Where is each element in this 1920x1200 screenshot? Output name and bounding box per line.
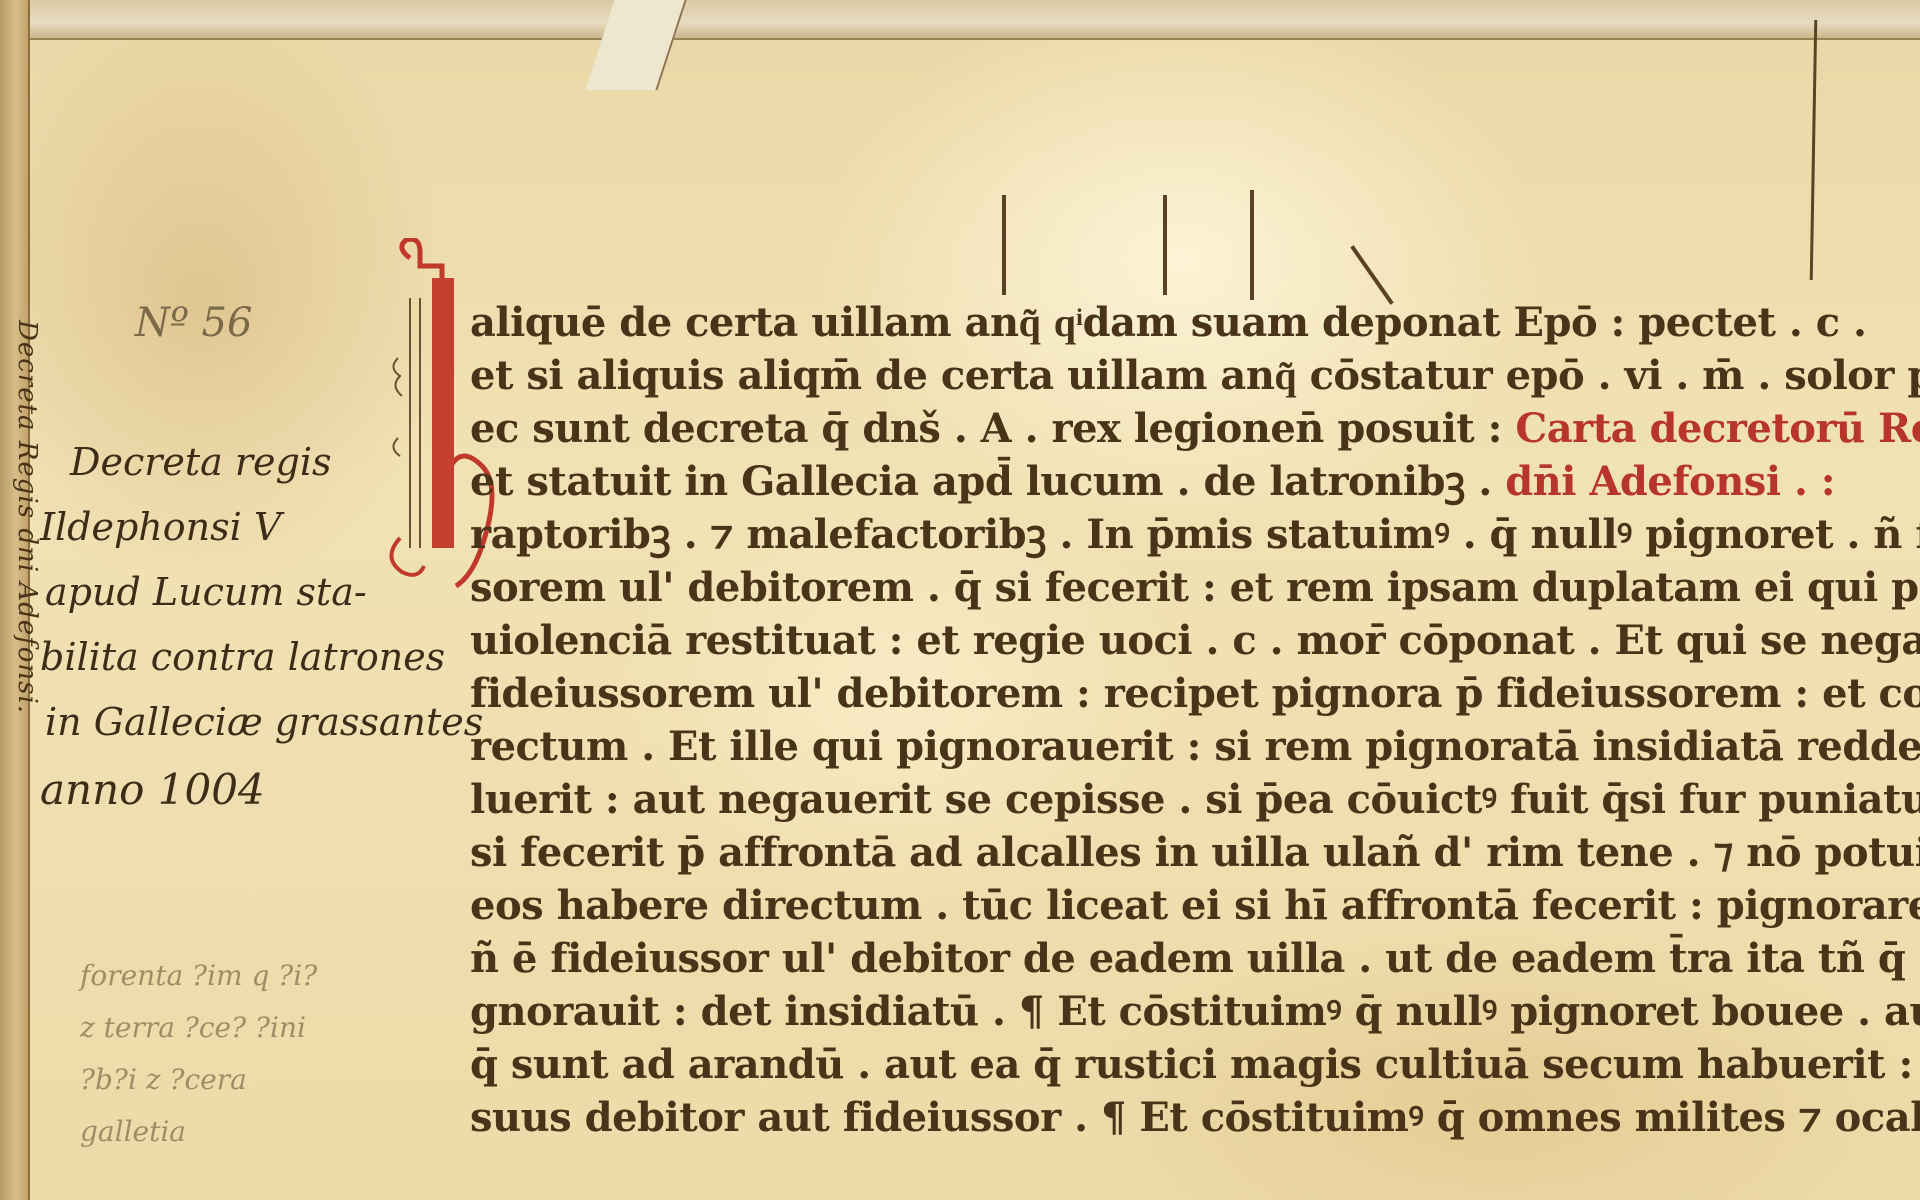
faded-note-line: forenta ?im q ?i? bbox=[80, 950, 317, 1002]
text-line: si fecerit p̄ affrontā ad alcalles in ui… bbox=[470, 826, 1920, 879]
line-text: uiolenciā restituat : et regie uoci . c … bbox=[470, 617, 1920, 664]
line-text: sorem ul' debitorem . q̄ si fecerit : et… bbox=[470, 564, 1920, 611]
line-text: rectum . Et ille qui pignorauerit : si r… bbox=[470, 723, 1920, 770]
text-line: eos habere directum . tūc liceat ei si h… bbox=[470, 879, 1920, 932]
margin-note-line: apud Lucum sta- bbox=[45, 570, 367, 614]
line-text: raptoribꝫ . ⁊ malefactoribꝫ . In p̄mis s… bbox=[470, 511, 1920, 558]
text-line: et statuit in Gallecia apd̄ lucum . de l… bbox=[470, 455, 1920, 508]
text-line: ñ ē fideiussor ul' debitor de eadem uill… bbox=[470, 932, 1920, 985]
faded-note-line: z terra ?ce? ?ini bbox=[80, 1002, 317, 1054]
text-line: gnorauit : det insidiatū . ¶ Et cōstitui… bbox=[470, 985, 1920, 1038]
manuscript-text: aliquē de certa uillam anq͂ qͥdam suam d… bbox=[470, 296, 1920, 1144]
line-text: eos habere directum . tūc liceat ei si h… bbox=[470, 882, 1920, 929]
text-line: rectum . Et ille qui pignorauerit : si r… bbox=[470, 720, 1920, 773]
text-line: fideiussorem ul' debitorem : recipet pig… bbox=[470, 667, 1920, 720]
text-line: et si aliquis aliqm̄ de certa uillam anq… bbox=[470, 349, 1920, 402]
text-line: ec sunt decreta q̄ dnš . A . rex legione… bbox=[470, 402, 1920, 455]
top-fold-edge bbox=[0, 0, 1920, 40]
faded-note-line: ?b?i z ?cera bbox=[80, 1054, 317, 1106]
text-line: sorem ul' debitorem . q̄ si fecerit : et… bbox=[470, 561, 1920, 614]
ascender-stroke bbox=[1002, 195, 1006, 295]
margin-note-line: Ildephonsi V bbox=[40, 505, 281, 549]
spine-note: Decreta Regis dni Adefonsi. bbox=[12, 320, 42, 714]
line-text: et si aliquis aliqm̄ de certa uillam anq… bbox=[470, 352, 1920, 399]
rubric-title: dn̄i Adefonsi . : bbox=[1505, 458, 1835, 505]
text-line: aliquē de certa uillam anq͂ qͥdam suam d… bbox=[470, 296, 1920, 349]
line-text: suus debitor aut fideiussor . ¶ Et cōsti… bbox=[470, 1094, 1920, 1141]
text-line: uiolenciā restituat : et regie uoci . c … bbox=[470, 614, 1920, 667]
faded-margin-note: forenta ?im q ?i? z terra ?ce? ?ini ?b?i… bbox=[80, 950, 317, 1158]
line-text: luerit : aut negauerit se cepisse . si p… bbox=[470, 776, 1920, 823]
margin-note-line: bilita contra latrones bbox=[40, 635, 445, 679]
line-text: et statuit in Gallecia apd̄ lucum . de l… bbox=[470, 458, 1492, 505]
text-line: suus debitor aut fideiussor . ¶ Et cōsti… bbox=[470, 1091, 1920, 1144]
text-line: raptoribꝫ . ⁊ malefactoribꝫ . In p̄mis s… bbox=[470, 508, 1920, 561]
line-text: gnorauit : det insidiatū . ¶ Et cōstitui… bbox=[470, 988, 1920, 1035]
text-line: luerit : aut negauerit se cepisse . si p… bbox=[470, 773, 1920, 826]
margin-note-line: Decreta regis bbox=[70, 440, 332, 484]
rubric-title: Carta decretorū Re bbox=[1515, 405, 1920, 452]
margin-note-line: anno 1004 bbox=[40, 765, 265, 814]
margin-number: Nº 56 bbox=[135, 300, 252, 346]
line-text: aliquē de certa uillam anq͂ qͥdam suam d… bbox=[470, 299, 1866, 346]
ascender-stroke bbox=[1250, 190, 1254, 300]
line-text: q̄ sunt ad arandū . aut ea q̄ rustici ma… bbox=[470, 1041, 1920, 1088]
ascender-stroke bbox=[1163, 195, 1167, 295]
line-text: fideiussorem ul' debitorem : recipet pig… bbox=[470, 670, 1920, 717]
line-text: ñ ē fideiussor ul' debitor de eadem uill… bbox=[470, 935, 1920, 982]
line-text: si fecerit p̄ affrontā ad alcalles in ui… bbox=[470, 829, 1920, 876]
faded-note-line: galletia bbox=[80, 1106, 317, 1158]
text-line: q̄ sunt ad arandū . aut ea q̄ rustici ma… bbox=[470, 1038, 1920, 1091]
line-text: ec sunt decreta q̄ dnš . A . rex legione… bbox=[470, 405, 1502, 452]
margin-note-line: in Galleciæ grassantes bbox=[45, 700, 483, 744]
